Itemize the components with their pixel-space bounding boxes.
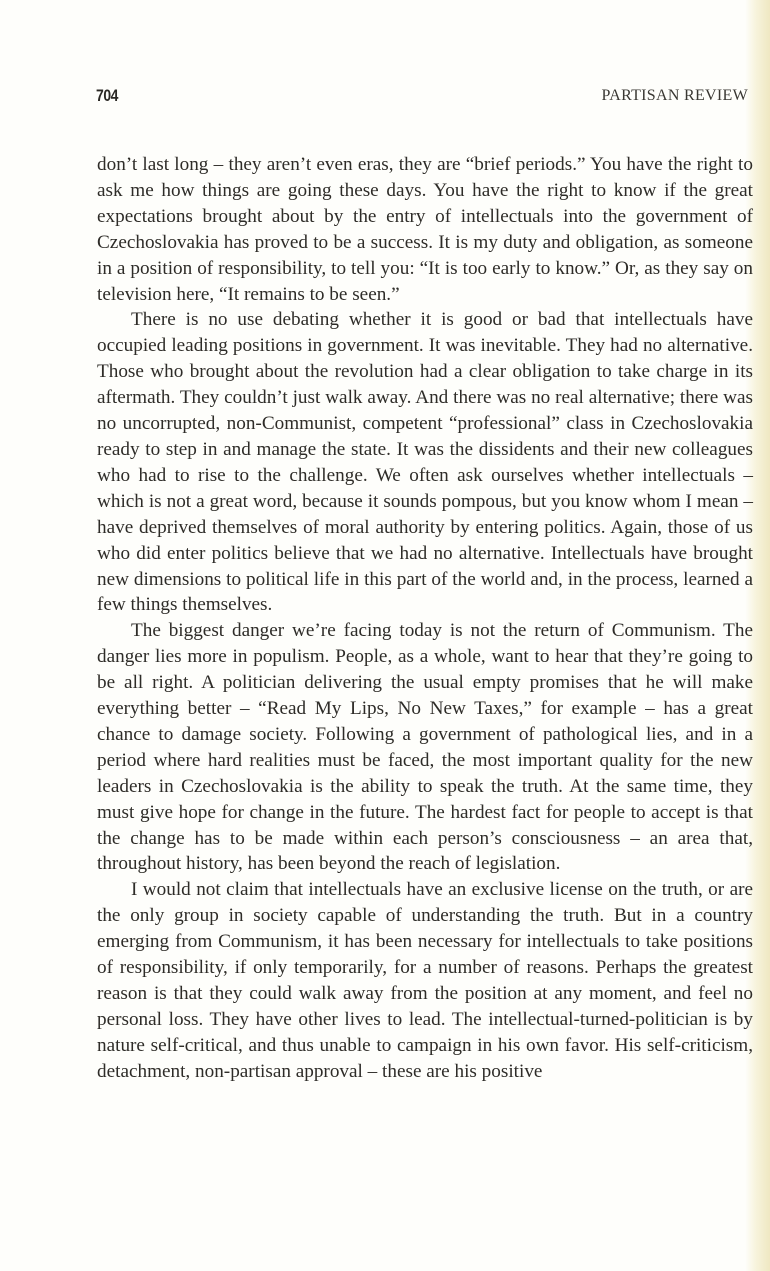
- body-text: don’t last long – they aren’t even eras,…: [97, 152, 753, 1085]
- book-page: 704 PARTISAN REVIEW don’t last long – th…: [0, 0, 770, 1271]
- paragraph-continuation: don’t last long – they aren’t even eras,…: [97, 152, 753, 307]
- paragraph-license-on-truth: I would not claim that intellectuals hav…: [97, 877, 753, 1084]
- paragraph-populism-danger: The biggest danger we’re facing today is…: [97, 618, 753, 877]
- page-number: 704: [96, 86, 118, 106]
- journal-title: PARTISAN REVIEW: [601, 87, 748, 105]
- paragraph-intellectuals-in-government: There is no use debating whether it is g…: [97, 307, 753, 618]
- running-head: 704 PARTISAN REVIEW: [96, 86, 748, 112]
